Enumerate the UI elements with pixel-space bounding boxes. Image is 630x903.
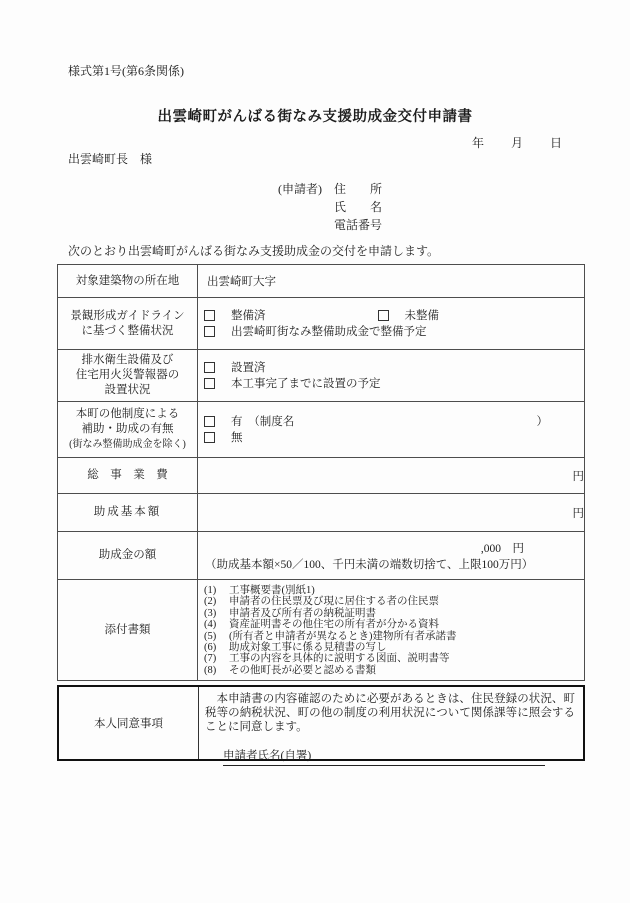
- application-form-page: 様式第1号(第6条関係) 出雲崎町がんばる街なみ支援助成金交付申請書 年 月 日…: [0, 0, 630, 903]
- location-value[interactable]: 出雲崎町大字: [198, 271, 584, 291]
- application-table: 対象建築物の所在地 出雲崎町大字 景観形成ガイドライン に基づく整備状況 整備済…: [57, 264, 585, 681]
- checkbox-icon[interactable]: [204, 310, 215, 321]
- signature-line[interactable]: 申請者氏名(自署): [223, 747, 545, 766]
- other-subsidy-paren-close: ）: [537, 413, 579, 429]
- other-subsidy-option-no: 無: [231, 429, 243, 445]
- guideline-option-notdone: 未整備: [405, 307, 440, 323]
- signature-label: 申請者氏名(自署): [223, 750, 311, 762]
- table-row-guideline: 景観形成ガイドライン に基づく整備状況 整備済 未整備 出雲崎: [58, 298, 585, 350]
- checkbox-icon[interactable]: [378, 310, 389, 321]
- table-row-attachments: 添付書類 (1) 工事概要書(別紙1) (2) 申請者の住民票及び現に居住する者…: [58, 580, 585, 681]
- table-row-drainage: 排水衛生設備及び 住宅用火災警報器の 設置状況 設置済 本工事完了までに設置の予…: [58, 350, 585, 402]
- list-item: (4) 資産証明書その他住宅の所有者が分かる資料: [204, 619, 580, 630]
- date-month-label: 月: [511, 134, 523, 151]
- applicant-label: (申請者): [278, 180, 334, 198]
- guideline-label: 景観形成ガイドライン に基づく整備状況: [58, 298, 198, 350]
- list-item: (5) (所有者と申請者が異なるとき)建物所有者承諾書: [204, 631, 580, 642]
- base-amount-label: 助成基本額: [58, 494, 198, 532]
- checkbox-icon[interactable]: [204, 432, 215, 443]
- date-year-label: 年: [472, 134, 484, 151]
- subsidy-amount-note: （助成基本額×50／100、千円未満の端数切捨て、上限100万円）: [198, 556, 584, 572]
- total-cost-field[interactable]: 円: [198, 458, 585, 494]
- consent-table: 本人同意事項 本申請書の内容確認のために必要があるときは、住民登録の状況、町税等…: [57, 685, 585, 761]
- addressee: 出雲崎町長 様: [68, 150, 152, 167]
- drainage-label: 排水衛生設備及び 住宅用火災警報器の 設置状況: [58, 350, 198, 402]
- yen-unit-label: 円: [573, 471, 585, 483]
- list-item: (7) 工事の内容を具体的に説明する図面、説明書等: [204, 653, 580, 664]
- intro-text: 次のとおり出雲崎町がんばる街なみ支援助成金の交付を申請します。: [68, 242, 439, 259]
- location-label: 対象建築物の所在地: [58, 265, 198, 298]
- yen-unit-label: 円: [573, 508, 585, 520]
- table-row-location: 対象建築物の所在地 出雲崎町大字: [58, 265, 585, 298]
- table-row-other-subsidy: 本町の他制度による 補助・助成の有無 (街なみ整備助成金を除く) 有 （制度名 …: [58, 402, 585, 458]
- subsidy-amount-label: 助成金の額: [58, 532, 198, 580]
- checkbox-icon[interactable]: [204, 326, 215, 337]
- consent-label: 本人同意事項: [59, 687, 199, 759]
- list-item: (3) 申請者及び所有者の納税証明書: [204, 608, 580, 619]
- guideline-option-planned: 出雲崎町街なみ整備助成金で整備予定: [231, 323, 427, 339]
- table-row-total-cost: 総 事 業 費 円: [58, 458, 585, 494]
- attachments-label: 添付書類: [58, 580, 198, 681]
- checkbox-icon[interactable]: [204, 362, 215, 373]
- table-row-base-amount: 助成基本額 円: [58, 494, 585, 532]
- drainage-option-installed: 設置済: [231, 359, 266, 375]
- checkbox-icon[interactable]: [204, 416, 215, 427]
- address-label: 住 所: [334, 180, 382, 198]
- other-subsidy-label: 本町の他制度による 補助・助成の有無 (街なみ整備助成金を除く): [58, 402, 198, 458]
- list-item: (6) 助成対象工事に係る見積書の写し: [204, 642, 580, 653]
- date-day-label: 日: [550, 134, 562, 151]
- phone-label: 電話番号: [334, 216, 382, 234]
- name-label: 氏 名: [334, 198, 382, 216]
- form-number: 様式第1号(第6条関係): [68, 62, 184, 79]
- guideline-option-done: 整備済: [231, 307, 266, 323]
- list-item: (2) 申請者の住民票及び現に居住する者の住民票: [204, 596, 580, 607]
- total-cost-label: 総 事 業 費: [58, 458, 198, 494]
- base-amount-field[interactable]: 円: [198, 494, 585, 532]
- date-line: 年 月 日: [472, 134, 562, 151]
- checkbox-icon[interactable]: [204, 378, 215, 389]
- applicant-block: (申請者) 住 所 氏 名 電話番号: [278, 180, 382, 234]
- list-item: (8) その他町長が必要と認める書類: [204, 665, 580, 676]
- other-subsidy-option-yes: 有 （制度名: [231, 413, 294, 429]
- consent-text: 本申請書の内容確認のために必要があるときは、住民登録の状況、町税等の納税状況、町…: [205, 692, 575, 734]
- list-item: (1) 工事概要書(別紙1): [204, 585, 580, 596]
- attachments-list: (1) 工事概要書(別紙1) (2) 申請者の住民票及び現に居住する者の住民票 …: [198, 580, 584, 680]
- table-row-subsidy-amount: 助成金の額 ,000 円 （助成基本額×50／100、千円未満の端数切捨て、上限…: [58, 532, 585, 580]
- subsidy-amount-field[interactable]: ,000 円: [198, 540, 584, 556]
- drainage-option-planned: 本工事完了までに設置の予定: [231, 375, 381, 391]
- page-title: 出雲崎町がんばる街なみ支援助成金交付申請書: [0, 105, 630, 126]
